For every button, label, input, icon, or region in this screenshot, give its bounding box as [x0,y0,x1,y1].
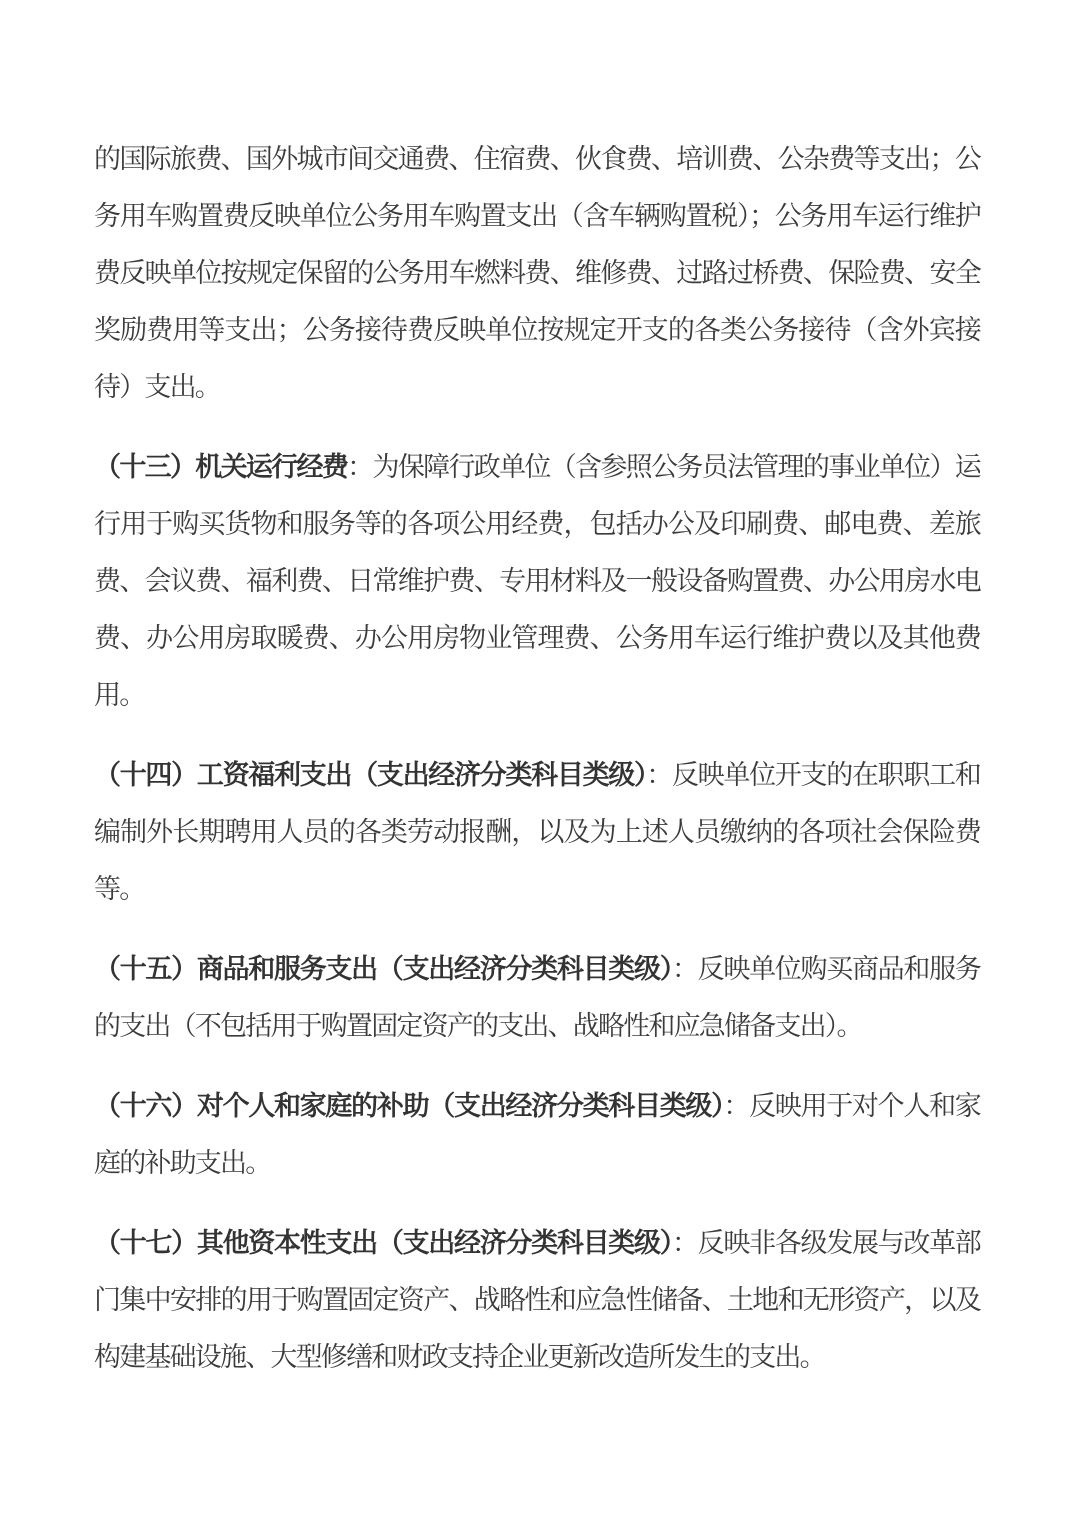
paragraph-heading: （十四）工资福利支出（支出经济分类科目类级） [94,760,646,790]
paragraph: （十七）其他资本性支出（支出经济分类科目类级）：反映非各级发展与改革部门集中安排… [94,1215,980,1386]
document-page: 的国际旅费、国外城市间交通费、住宿费、伙食费、培训费、公杂费等支出；公务用车购置… [0,0,1074,1520]
heading-colon: ： [672,1228,698,1258]
heading-colon: ： [646,760,672,790]
paragraph-heading: （十七）其他资本性支出（支出经济分类科目类级） [94,1228,672,1258]
paragraph-heading: （十五）商品和服务支出（支出经济分类科目类级） [94,954,672,984]
paragraph: （十五）商品和服务支出（支出经济分类科目类级）：反映单位购买商品和服务的支出（不… [94,941,980,1055]
paragraph: （十六）对个人和家庭的补助（支出经济分类科目类级）：反映用于对个人和家庭的补助支… [94,1078,980,1192]
paragraph: 的国际旅费、国外城市间交通费、住宿费、伙食费、培训费、公杂费等支出；公务用车购置… [94,131,980,416]
paragraph-text: 的国际旅费、国外城市间交通费、住宿费、伙食费、培训费、公杂费等支出；公务用车购置… [94,144,980,402]
heading-colon: ： [672,954,698,984]
paragraph-heading: （十三）机关运行经费 [94,452,347,482]
paragraph-heading: （十六）对个人和家庭的补助（支出经济分类科目类级） [94,1091,723,1121]
paragraph: （十四）工资福利支出（支出经济分类科目类级）：反映单位开支的在职职工和编制外长期… [94,747,980,918]
paragraph: （十三）机关运行经费：为保障行政单位（含参照公务员法管理的事业单位）运行用于购买… [94,439,980,724]
heading-colon: ： [347,452,372,482]
heading-colon: ： [723,1091,749,1121]
paragraph-text: 为保障行政单位（含参照公务员法管理的事业单位）运行用于购买货物和服务等的各项公用… [94,452,980,710]
